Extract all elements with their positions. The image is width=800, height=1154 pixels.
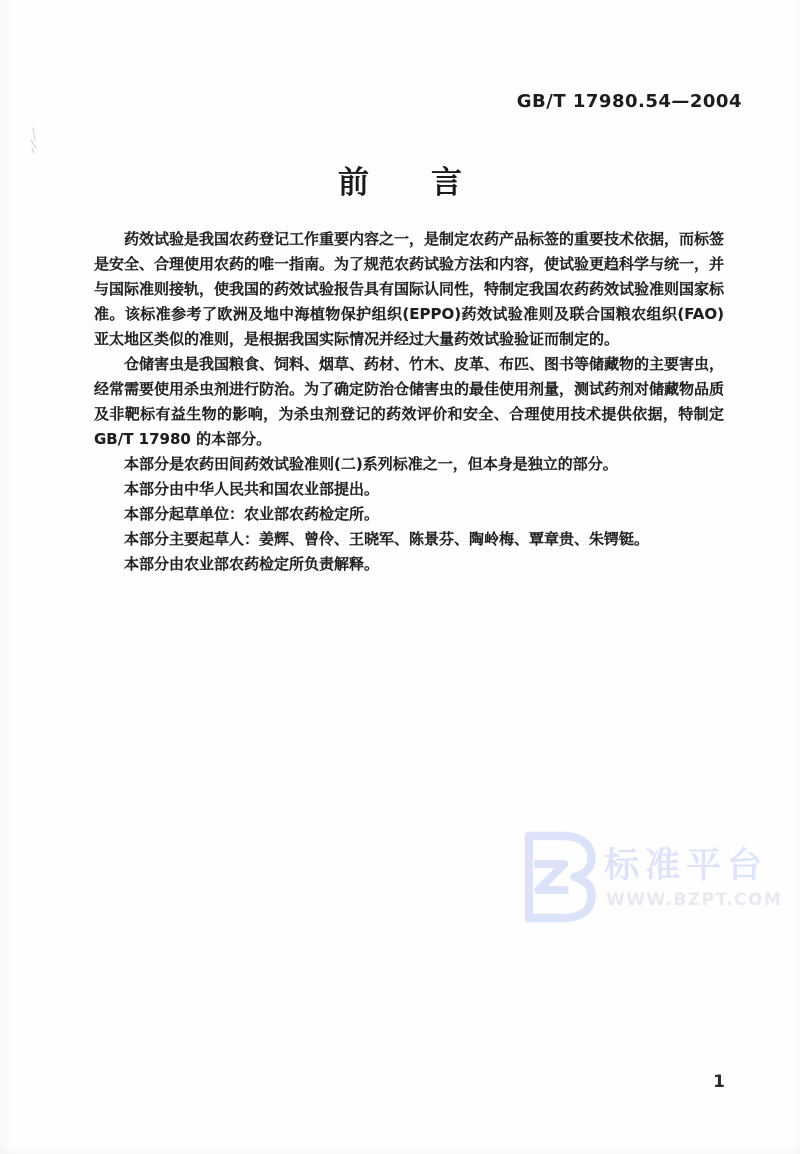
foreword-paragraph-1: 药效试验是我国农药登记工作重要内容之一，是制定农药产品标签的重要技术依据，而标签… bbox=[94, 227, 724, 352]
foreword-paragraph-7: 本部分由农业部农药检定所负责解释。 bbox=[94, 552, 724, 577]
foreword-paragraph-4: 本部分由中华人民共和国农业部提出。 bbox=[94, 477, 724, 502]
document-page: GB/T 17980.54—2004 前 言 药效试验是我国农药登记工作重要内容… bbox=[0, 0, 800, 1154]
page-number: 1 bbox=[704, 1072, 734, 1092]
scan-pen-mark bbox=[26, 126, 42, 156]
foreword-paragraph-3: 本部分是农药田间药效试验准则(二)系列标准之一，但本身是独立的部分。 bbox=[94, 452, 724, 477]
foreword-paragraph-2: 仓储害虫是我国粮食、饲料、烟草、药材、竹木、皮革、布匹、图书等储藏物的主要害虫，… bbox=[94, 352, 724, 452]
watermark-site-url: WWW.BZPT.COM bbox=[606, 890, 782, 910]
standard-code: GB/T 17980.54—2004 bbox=[517, 91, 742, 112]
page-title: 前 言 bbox=[0, 157, 800, 202]
foreword-paragraph-5: 本部分起草单位：农业部农药检定所。 bbox=[94, 502, 724, 527]
foreword-body: 药效试验是我国农药登记工作重要内容之一，是制定农药产品标签的重要技术依据，而标签… bbox=[94, 227, 724, 577]
watermark-site-name: 标准平台 bbox=[604, 838, 768, 888]
foreword-paragraph-6: 本部分主要起草人：姜辉、曾伶、王晓军、陈景芬、陶岭梅、覃章贵、朱锷铤。 bbox=[94, 527, 724, 552]
bz-monogram-icon bbox=[512, 828, 598, 926]
watermark: 标准平台 WWW.BZPT.COM bbox=[512, 826, 752, 930]
